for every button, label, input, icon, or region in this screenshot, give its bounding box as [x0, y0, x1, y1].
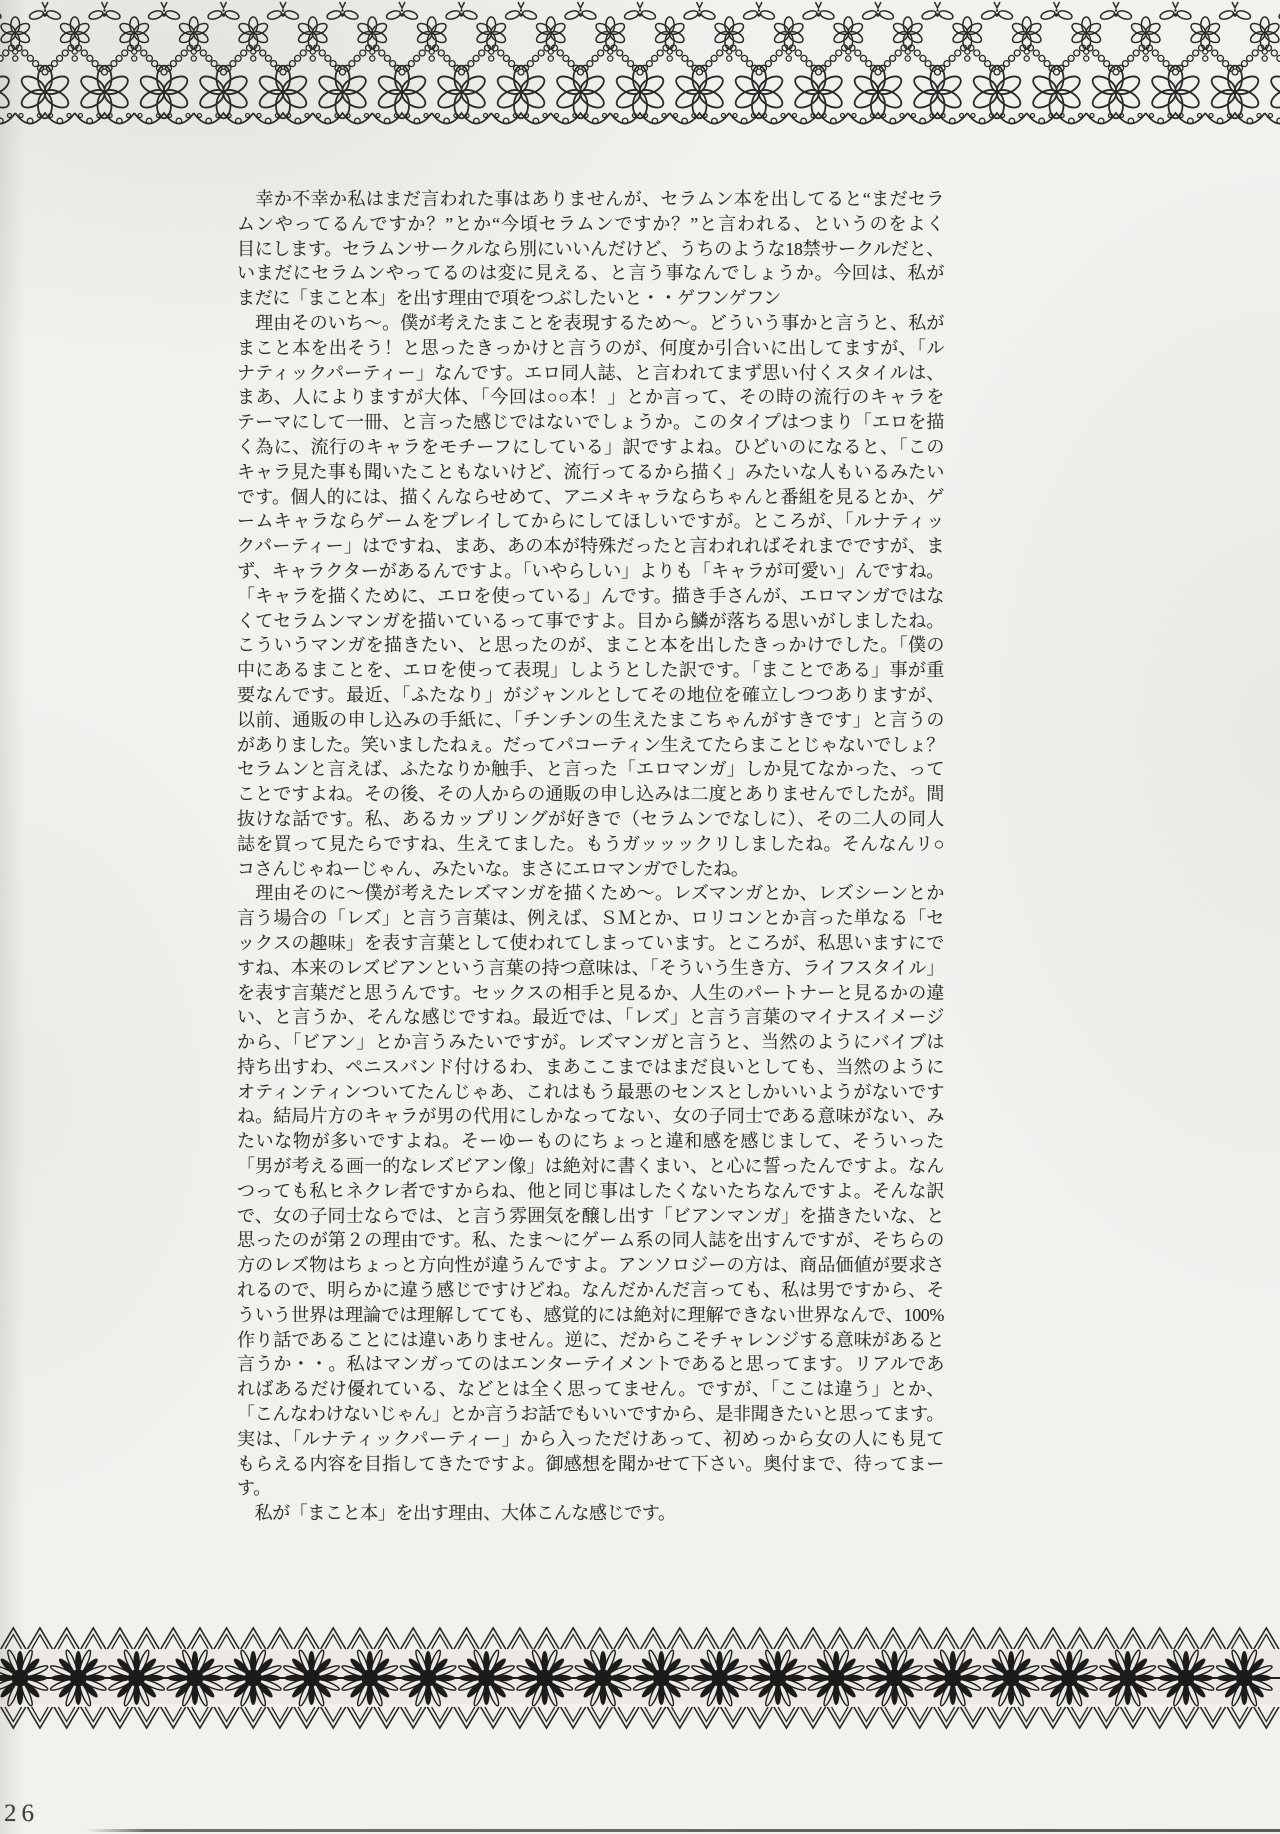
text-line: ね。結局片方のキャラが男の代用にしかなってない、女の子同士である意味がない、み — [237, 1104, 944, 1129]
text-line: クパーティー」はですね、まあ、あの本が特殊だったと言われればそれまでですが、ま — [237, 534, 944, 559]
text-line: こういうマンガを描きたい、と思ったのが、まこと本を出したきっかけでした。「僕の — [237, 633, 944, 658]
text-line: セラムンと言えば、ふたなりか触手、と言った「エロマンガ」しか見てなかった、って — [237, 757, 944, 782]
scan-bottom-edge — [86, 1829, 1280, 1832]
text-line: 理由そのいち〜。僕が考えたまことを表現するため〜。どういう事かと言うと、私が — [237, 311, 944, 336]
text-line: を表す言葉だと思うんです。セックスの相手と見るか、人生のパートナーと見るかの違 — [237, 981, 944, 1006]
text-line: ナティックパーティー」なんです。エロ同人誌、と言われてまず思い付くスタイルは、 — [237, 361, 944, 386]
text-line: もらえる内容を目指してきたですよ。御感想を聞かせて下さい。奥付まで、待ってまー — [237, 1452, 944, 1477]
text-line: 言う場合の「レズ」と言う言葉は、例えば、ＳＭとか、ロリコンとか言った単なる「セ — [237, 906, 944, 931]
text-line: す。 — [237, 1476, 944, 1501]
text-line: で、女の子同士ならでは、と言う雰囲気を醸し出す「ビアンマンガ」を描きたいな、と — [237, 1204, 944, 1229]
scan-edge-shading — [0, 0, 26, 1834]
text-line: たいな物が多いですよね。そーゆーものにちょっと違和感を感じまして、そういった — [237, 1129, 944, 1154]
text-line: ういう世界は理論では理解してても、感覚的には絶対に理解できない世界なんで、100… — [237, 1303, 944, 1328]
text-line: オティンティンついてたんじゃあ、これはもう最悪のセンスとしかいいようがないです — [237, 1080, 944, 1105]
text-line: 作り話であることには違いありません。逆に、だからこそチャレンジする意味があると — [237, 1328, 944, 1353]
text-line: 実は、「ルナティックパーティー」から入っただけあって、初めっから女の人にも見て — [237, 1427, 944, 1452]
text-line: 抜けな話です。私、あるカップリングが好きで（セラムンでなしに）、その二人の同人 — [237, 807, 944, 832]
text-line: まこと本を出そう！と思ったきっかけと言うのが、何度か引合いに出してますが、「ル — [237, 336, 944, 361]
text-line: ックスの趣味」を表す言葉として使われてしまっています。ところが、私思いますにで — [237, 931, 944, 956]
text-line: つっても私ヒネクレ者ですからね、他と同じ事はしたくないたちなんですよ。そんな訳 — [237, 1179, 944, 1204]
text-line: すね、本来のレズビアンという言葉の持つ意味は、「そういう生き方、ライフスタイル」 — [237, 956, 944, 981]
text-line: 持ち出すわ、ペニスバンド付けるわ、まあここまではまだ良いとしても、当然のように — [237, 1055, 944, 1080]
text-line: 中にあるまことを、エロを使って表現」しようとした訳です。「まことである」事が重 — [237, 658, 944, 683]
text-line: です。個人的には、描くんならせめて、アニメキャラならちゃんと番組を見るとか、ゲ — [237, 485, 944, 510]
text-line: テーマにして一冊、と言った感じではないでしょうか。このタイプはつまり「エロを描 — [237, 410, 944, 435]
scanned-page: { "page": { "number": "26" }, "decoratio… — [0, 0, 1280, 1834]
text-line: くてセラムンマンガを描いているって事ですよ。目から鱗が落ちる思いがしましたね。 — [237, 609, 944, 634]
text-line: まあ、人によりますが大体、「今回は○○本！」とか言って、その時の流行のキャラを — [237, 385, 944, 410]
text-line: 私が「まこと本」を出す理由、大体こんな感じです。 — [237, 1501, 944, 1526]
text-line: 「キャラを描くために、エロを使っている」んです。描き手さんが、エロマンガではな — [237, 584, 944, 609]
text-line: まだに「まこと本」を出す理由で項をつぶしたいと・・ゲフンゲフン — [237, 286, 944, 311]
text-line: 幸か不幸か私はまだ言われた事はありませんが、セラムン本を出してると“まだセラ — [237, 187, 944, 212]
text-line: 誌を買って見たらですね、生えてました。もうガッッックリしましたね。そんなんリ○ — [237, 832, 944, 857]
text-line: 方のレズ物はちょっと方向性が違うんですよ。アンソロジーの方は、商品価値が要求さ — [237, 1253, 944, 1278]
text-line: ムンやってるんですか？”とか“今頃セラムンですか？”と言われる、というのをよく — [237, 212, 944, 237]
text-line: いまだにセラムンやってるのは変に見える、と言う事なんでしょうか。今回は、私が — [237, 261, 944, 286]
text-line: 言うか・・。私はマンガってのはエンターテイメントであると思ってます。リアルであ — [237, 1352, 944, 1377]
text-line: い、と言うか、そんな感じですね。最近では、「レズ」と言う言葉のマイナスイメージ — [237, 1005, 944, 1030]
text-line: から、「ビアン」とか言うみたいですが。レズマンガと言うと、当然のようにバイブは — [237, 1030, 944, 1055]
text-line: がありました。笑いましたねぇ。だってパコーティン生えてたらまことじゃないでしょ？ — [237, 733, 944, 758]
text-line: れるので、明らかに違う感じですけどね。なんだかんだ言っても、私は男ですから、そ — [237, 1278, 944, 1303]
text-line: 思ったのが第２の理由です。私、たま〜にゲーム系の同人誌を出すんですが、そちらの — [237, 1228, 944, 1253]
text-line: 以前、通販の申し込みの手紙に、「チンチンの生えたまこちゃんがすきです」と言うの — [237, 708, 944, 733]
text-line: 目にします。セラムンサークルなら別にいいんだけど、うちのような18禁サークルだと… — [237, 237, 944, 262]
text-line: ず、キャラクターがあるんですよ。「いやらしい」よりも「キャラが可愛い」んですね。 — [237, 559, 944, 584]
top-lace-border — [0, 0, 1280, 140]
text-line: ればあるだけ優れている、などとは全く思ってません。ですが、「ここは違う」とか、 — [237, 1377, 944, 1402]
text-line: 「こんなわけないじゃん」とか言うお話でもいいですから、是非聞きたいと思ってます。 — [237, 1402, 944, 1427]
bottom-flower-border — [0, 1622, 1280, 1734]
text-line: く為に、流行のキャラをモチーフにしている」訳ですよね。ひどいのになると、「この — [237, 435, 944, 460]
body-text: 幸か不幸か私はまだ言われた事はありませんが、セラムン本を出してると“まだセラムン… — [237, 187, 944, 1526]
text-line: ームキャラならゲームをプレイしてからにしてほしいですが。ところが、「ルナティッ — [237, 509, 944, 534]
text-line: 理由そのに〜僕が考えたレズマンガを描くため〜。レズマンガとか、レズシーンとか — [237, 881, 944, 906]
page-number: 26 — [4, 1800, 39, 1828]
text-line: ことですよね。その後、その人からの通販の申し込みは二度とありませんでしたが。間 — [237, 782, 944, 807]
text-line: 要なんです。最近、「ふたなり」がジャンルとしてその地位を確立しつつありますが、 — [237, 683, 944, 708]
text-line: コさんじゃねーじゃん、みたいな。まさにエロマンガでしたね。 — [237, 857, 944, 882]
text-line: キャラ見た事も聞いたこともないけど、流行ってるから描く」みたいな人もいるみたい — [237, 460, 944, 485]
text-line: 「男が考える画一的なレズビアン像」は絶対に書くまい、と心に誓ったんですよ。なん — [237, 1154, 944, 1179]
